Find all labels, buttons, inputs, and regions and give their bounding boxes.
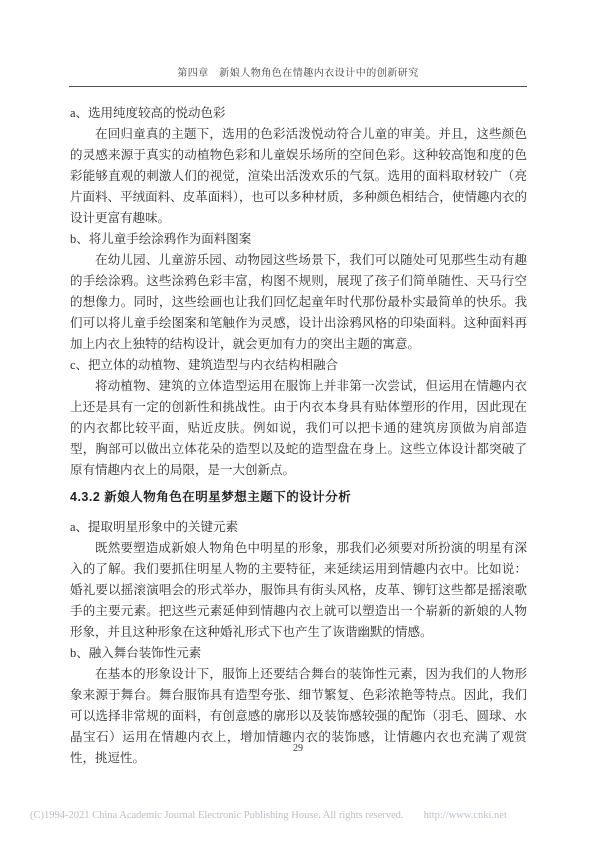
paragraph: 将动植物、建筑的立体造型运用在服饰上并非第一次尝试，但运用在情趣内衣上还是具有一… bbox=[70, 376, 527, 481]
cnki-url: http://www.cnki.net bbox=[424, 810, 507, 821]
thesis-page: 第四章 新娘人物角色在情趣内衣设计中的创新研究 a、选用纯度较高的悦动色彩 在回… bbox=[0, 0, 596, 843]
list-item-a1: a、选用纯度较高的悦动色彩 bbox=[70, 103, 527, 124]
list-item-c1: c、把立体的动植物、建筑造型与内衣结构相融合 bbox=[70, 355, 527, 376]
paragraph: 在幼儿园、儿童游乐园、动物园这些场景下，我们可以随处可见那些生动有趣的手绘涂鸦。… bbox=[70, 250, 527, 355]
cnki-footer: (C)1994-2021 China Academic Journal Elec… bbox=[30, 810, 576, 821]
list-item-a2: a、提取明星形象中的关键元素 bbox=[70, 517, 527, 538]
page-number: 29 bbox=[0, 743, 596, 754]
paragraph: 在回归童真的主题下，选用的色彩活泼悦动符合儿童的审美。并且，这些颜色的灵感来源于… bbox=[70, 124, 527, 229]
list-item-b1: b、将儿童手绘涂鸦作为面料图案 bbox=[70, 229, 527, 250]
section-heading-432: 4.3.2 新娘人物角色在明星梦想主题下的设计分析 bbox=[70, 487, 527, 508]
chapter-header-title: 第四章 新娘人物角色在情趣内衣设计中的创新研究 bbox=[177, 68, 419, 79]
body-text: a、选用纯度较高的悦动色彩 在回归童真的主题下，选用的色彩活泼悦动符合儿童的审美… bbox=[70, 103, 527, 769]
running-header: 第四章 新娘人物角色在情趣内衣设计中的创新研究 bbox=[69, 64, 527, 87]
copyright-notice: (C)1994-2021 China Academic Journal Elec… bbox=[30, 810, 404, 821]
paragraph: 既然要塑造成新娘人物角色中明星的形象，那我们必须要对所扮演的明星有深入的了解。我… bbox=[70, 538, 527, 643]
list-item-b2: b、融入舞台装饰性元素 bbox=[70, 643, 527, 664]
